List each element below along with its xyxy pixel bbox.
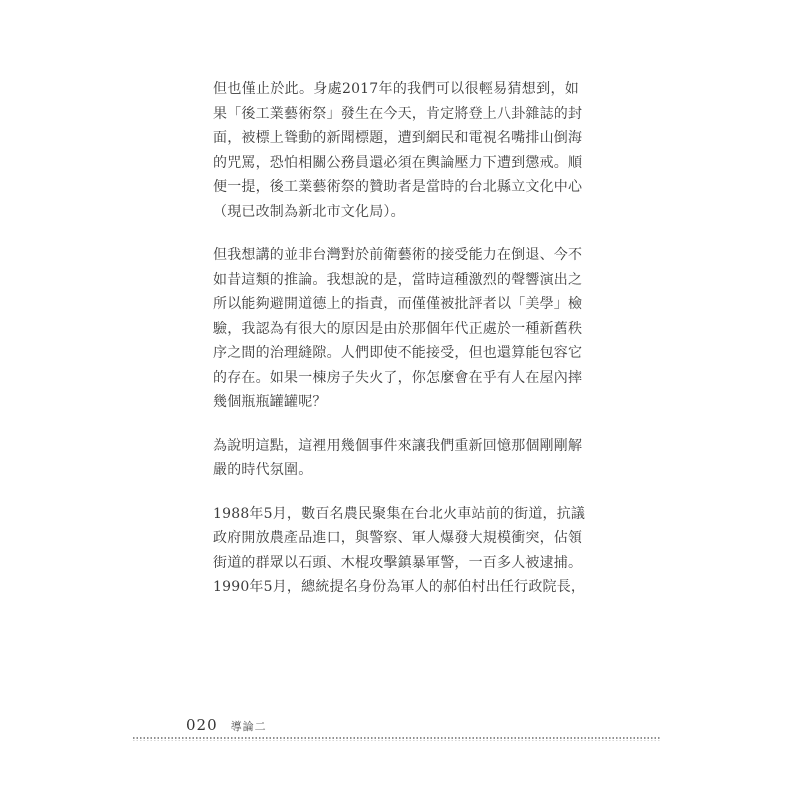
text-line: 驗，我認為有很大的原因是由於那個年代正處於一種新舊秩 (213, 317, 579, 342)
text-line: 序之間的治理縫隙。人們即使不能接受，但也還算能包容它 (213, 341, 579, 366)
text-line: 如昔這類的推論。我想說的是，當時這種激烈的聲響演出之 (213, 268, 579, 293)
text-line: 幾個瓶瓶罐罐呢？ (213, 390, 579, 415)
page-number: 020 (186, 716, 218, 734)
text-line: 1988年5月，數百名農民聚集在台北火車站前的街道，抗議 (213, 502, 579, 527)
text-line: 所以能夠避開道德上的指責，而僅僅被批評者以「美學」檢 (213, 292, 579, 317)
text-line: 1990年5月，總統提名身份為軍人的郝伯村出任行政院長， (213, 575, 579, 600)
dotted-rule (133, 737, 661, 739)
text-line: 面，被標上聳動的新聞標題，遭到網民和電視名嘴排山倒海 (213, 126, 579, 151)
text-line: 但也僅止於此。身處2017年的我們可以很輕易猜想到，如 (213, 77, 579, 102)
text-line: 政府開放農產品進口，與警察、軍人爆發大規模衝突，佔領 (213, 526, 579, 551)
dotted-rule-shadow (133, 740, 661, 741)
paragraph: 為說明這點，這裡用幾個事件來讓我們重新回憶那個剛剛解 嚴的時代氛圍。 (213, 434, 579, 483)
text-line: 嚴的時代氛圍。 (213, 458, 579, 483)
text-line: 便一提，後工業藝術祭的贊助者是當時的台北縣立文化中心 (213, 175, 579, 200)
section-label: 導論二 (231, 718, 267, 734)
text-line: 為說明這點，這裡用幾個事件來讓我們重新回憶那個剛剛解 (213, 434, 579, 459)
paragraph: 1988年5月，數百名農民聚集在台北火車站前的街道，抗議 政府開放農產品進口，與… (213, 502, 579, 600)
text-line: 街道的群眾以石頭、木棍攻擊鎮暴軍警，一百多人被逮捕。 (213, 551, 579, 576)
paragraph: 但也僅止於此。身處2017年的我們可以很輕易猜想到，如 果「後工業藝術祭」發生在… (213, 77, 579, 224)
text-line: 的存在。如果一棟房子失火了，你怎麼會在乎有人在屋內摔 (213, 366, 579, 391)
footer-meta: 020 導論二 (186, 716, 661, 735)
paragraph: 但我想講的並非台灣對於前衛藝術的接受能力在倒退、今不 如昔這類的推論。我想說的是… (213, 243, 579, 415)
text-line: （現已改制為新北市文化局）。 (213, 200, 579, 225)
body-text: 但也僅止於此。身處2017年的我們可以很輕易猜想到，如 果「後工業藝術祭」發生在… (213, 77, 579, 619)
page-footer: 020 導論二 (133, 716, 661, 741)
book-page: 但也僅止於此。身處2017年的我們可以很輕易猜想到，如 果「後工業藝術祭」發生在… (0, 0, 800, 800)
text-line: 但我想講的並非台灣對於前衛藝術的接受能力在倒退、今不 (213, 243, 579, 268)
text-line: 的咒罵，恐怕相關公務員還必須在輿論壓力下遭到懲戒。順 (213, 151, 579, 176)
text-line: 果「後工業藝術祭」發生在今天，肯定將登上八卦雜誌的封 (213, 102, 579, 127)
